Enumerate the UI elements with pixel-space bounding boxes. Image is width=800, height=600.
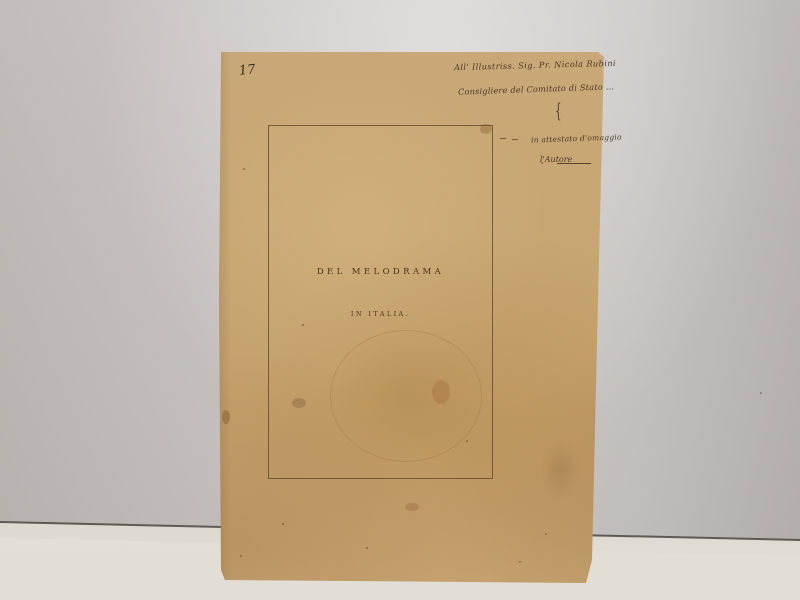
paper-speck <box>240 555 242 557</box>
paper-speck <box>760 392 762 394</box>
printed-border-frame <box>268 125 493 479</box>
cover-subtitle: IN ITALIA. <box>268 310 493 318</box>
paper-speck <box>243 168 245 170</box>
paper-speck <box>282 523 284 525</box>
inventory-number: 17 <box>238 62 256 79</box>
paper-speck <box>519 561 521 563</box>
inscription-dash <box>512 139 518 140</box>
signature-underline <box>557 163 591 164</box>
cover-title: DEL MELODRAMA <box>268 267 493 277</box>
photo-scene: DEL MELODRAMA IN ITALIA. 17 All' Illustr… <box>0 0 800 600</box>
paper-speck <box>366 547 368 549</box>
inscription-brace: { <box>555 98 561 122</box>
inscription-dash <box>500 138 506 139</box>
paper-speck <box>545 533 547 535</box>
